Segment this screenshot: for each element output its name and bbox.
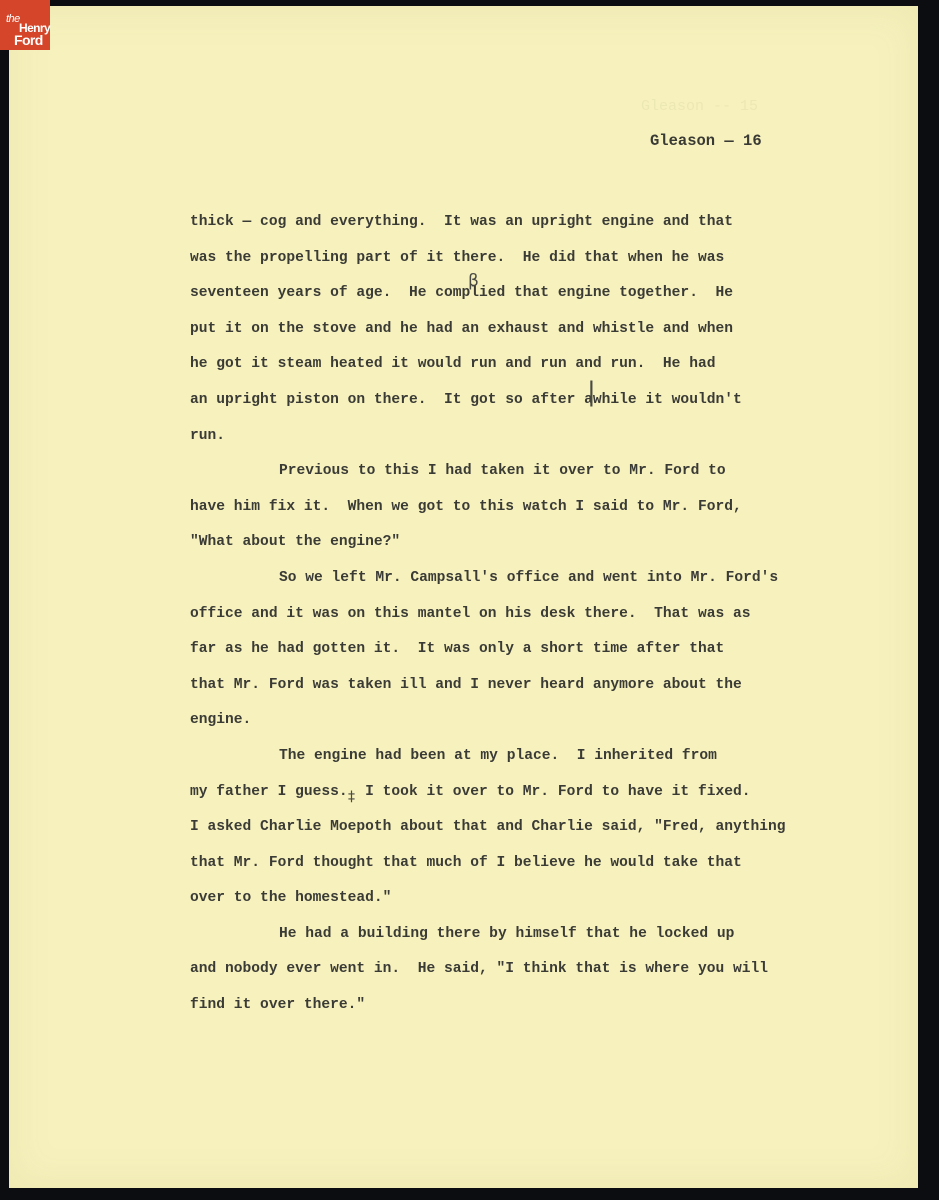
text-line: engine. [190,703,830,739]
handwritten-stroke-mark: | [587,377,596,407]
text-line: Previous to this I had taken it over to … [190,454,830,490]
text-line: was the propelling part of it there. He … [190,241,830,277]
text-line: find it over there." [190,988,830,1024]
text-line: have him fix it. When we got to this wat… [190,490,830,526]
text-line: far as he had gotten it. It was only a s… [190,632,830,668]
text-line: that Mr. Ford was taken ill and I never … [190,668,830,704]
text-line: The engine had been at my place. I inher… [190,739,830,775]
text-line: an upright piston on there. It got so af… [190,383,830,419]
text-line: that Mr. Ford thought that much of I bel… [190,846,830,882]
henry-ford-logo: the Henry Ford [0,0,50,50]
text-line: put it on the stove and he had an exhaus… [190,312,830,348]
document-page: Gleason -- 15 Gleason — 16 thick — cog a… [9,6,918,1188]
text-line: run. [190,419,830,455]
bleed-through-text: Gleason -- 15 [641,98,758,115]
transcript-body: thick — cog and everything. It was an up… [190,205,830,1024]
page-header: Gleason — 16 [650,132,762,150]
handwritten-correction-mark: β [468,271,479,291]
text-line: So we left Mr. Campsall's office and wen… [190,561,830,597]
logo-the: the [6,14,20,25]
text-line: thick — cog and everything. It was an up… [190,205,830,241]
text-line: my father I guess. I took it over to Mr.… [190,775,830,811]
text-line: He had a building there by himself that … [190,917,830,953]
handwritten-name-correction: ‡ [348,789,355,805]
text-line: over to the homestead." [190,881,830,917]
text-line: "What about the engine?" [190,525,830,561]
text-line: seventeen years of age. He complied that… [190,276,830,312]
logo-ford: Ford [14,33,43,47]
text-line: and nobody ever went in. He said, "I thi… [190,952,830,988]
text-line: he got it steam heated it would run and … [190,347,830,383]
text-line: I asked Charlie Moepoth about that and C… [190,810,830,846]
text-line: office and it was on this mantel on his … [190,597,830,633]
